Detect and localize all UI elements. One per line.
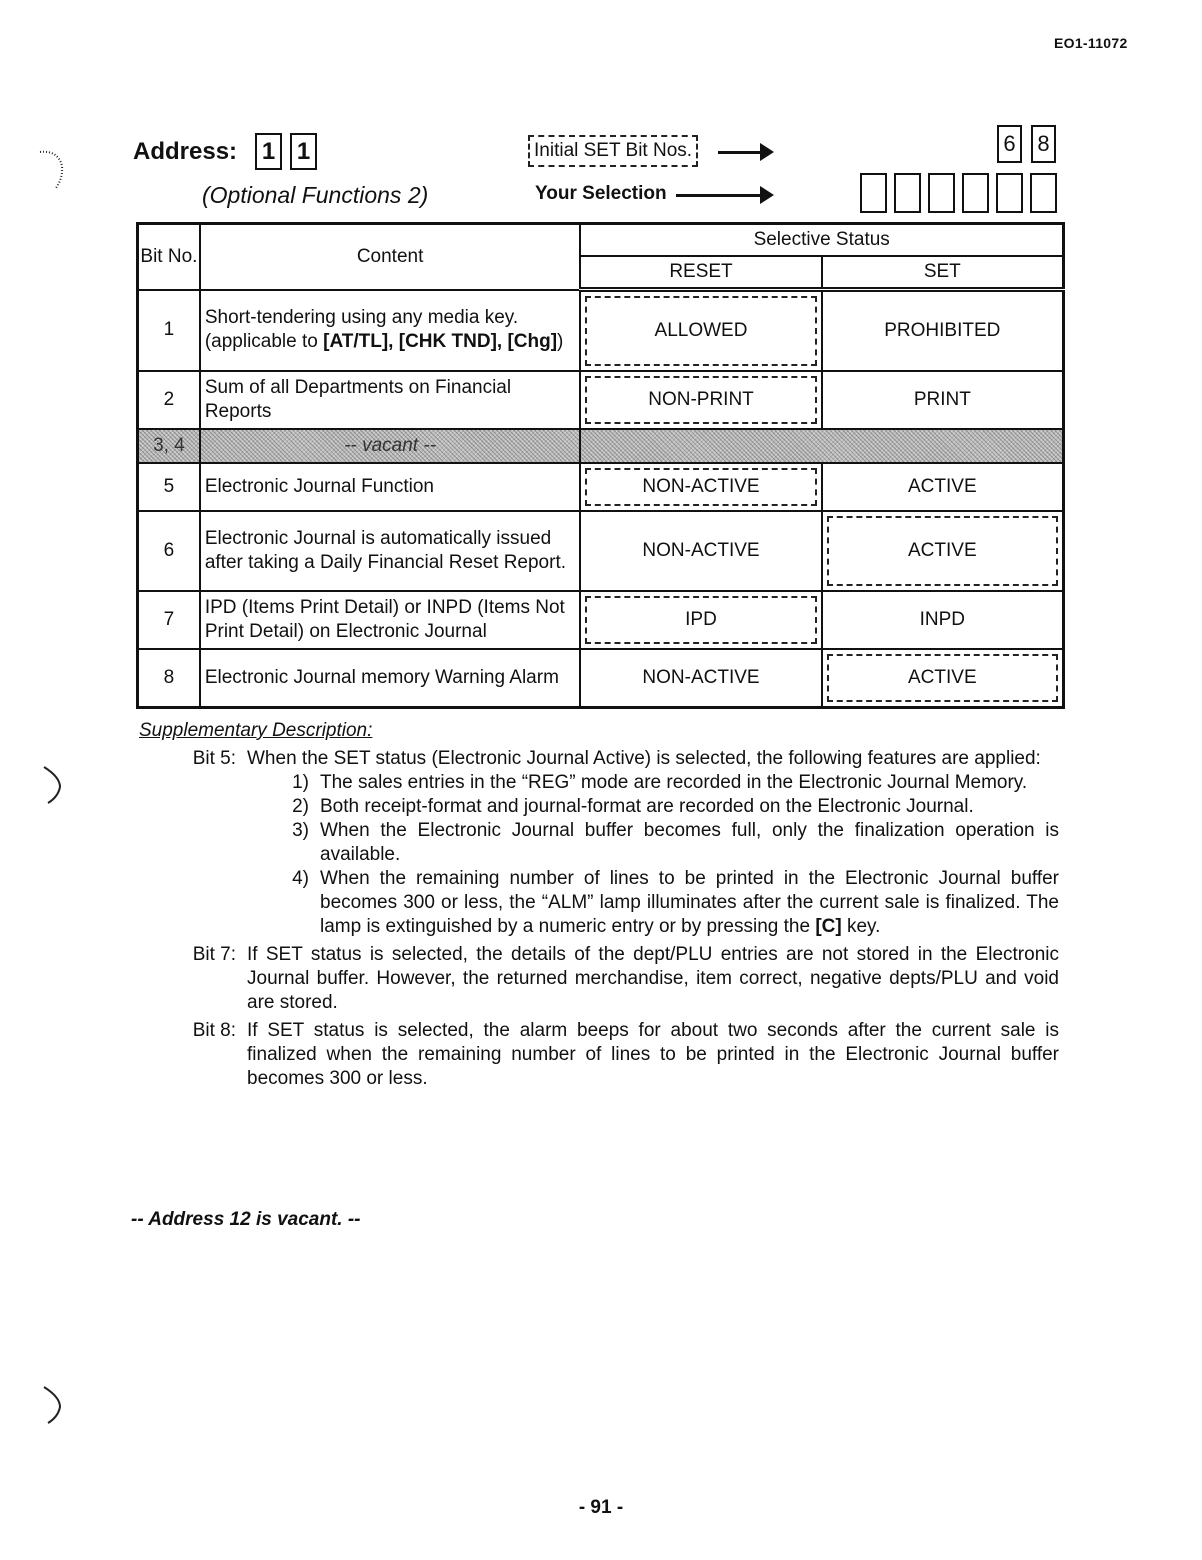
note-label: Bit 8: [139, 1019, 247, 1091]
arrow-right-icon [676, 194, 764, 197]
punch-hole-mark [36, 763, 66, 807]
table-row: 5Electronic Journal FunctionNON-ACTIVEAC… [138, 463, 1064, 511]
table-row: 8Electronic Journal memory Warning Alarm… [138, 649, 1064, 708]
initial-status-value: NON-ACTIVE [585, 468, 816, 506]
list-text: When the Electronic Journal buffer becom… [320, 820, 1059, 865]
status-set: ACTIVE [822, 511, 1064, 591]
selection-input-box[interactable] [996, 173, 1023, 213]
vacant-address-note: -- Address 12 is vacant. -- [131, 1209, 360, 1231]
status-reset: NON-PRINT [580, 371, 821, 429]
bit-number: 2 [138, 371, 200, 429]
initial-set-bit: 6 [997, 125, 1022, 163]
list-text: When the remaining number of lines to be… [320, 868, 1059, 937]
note-list-item: 1)The sales entries in the “REG” mode ar… [247, 771, 1059, 795]
selection-input-box[interactable] [928, 173, 955, 213]
status-set: PROHIBITED [822, 290, 1064, 372]
selection-input-box[interactable] [962, 173, 989, 213]
content-text: IPD (Items Print Detail) or INPD (Items … [205, 597, 565, 642]
header-content: Content [200, 224, 581, 290]
status-value: INPD [827, 596, 1058, 644]
status-value: NON-ACTIVE [585, 654, 816, 702]
selection-input-box[interactable] [894, 173, 921, 213]
initial-status-value: ACTIVE [827, 654, 1058, 702]
table-row: 2Sum of all Departments on Financial Rep… [138, 371, 1064, 429]
content-text: Electronic Journal is automatically issu… [205, 528, 566, 573]
status-set: ACTIVE [822, 463, 1064, 511]
punch-hole-mark [36, 148, 66, 192]
bit-settings-table: Bit No. Content Selective Status RESET S… [136, 222, 1065, 709]
status-reset: IPD [580, 591, 821, 649]
status-reset: NON-ACTIVE [580, 649, 821, 708]
status-value: NON-ACTIVE [585, 516, 816, 586]
bit-content: Sum of all Departments on Financial Repo… [200, 371, 581, 429]
list-number: 4) [247, 867, 320, 939]
supplementary-title: Supplementary Description: [139, 719, 1059, 743]
initial-set-bit: 8 [1031, 125, 1056, 163]
status-reset: NON-ACTIVE [580, 463, 821, 511]
note-text: If SET status is selected, the details o… [247, 943, 1059, 1015]
address-label: Address: [133, 138, 237, 166]
key-name: [C] [815, 916, 841, 937]
selection-input-box[interactable] [860, 173, 887, 213]
bit-number: 8 [138, 649, 200, 708]
note-list-item: 3)When the Electronic Journal buffer bec… [247, 819, 1059, 867]
list-number: 2) [247, 795, 320, 819]
list-number: 3) [247, 819, 320, 867]
status-value: PROHIBITED [827, 296, 1058, 366]
note-label: Bit 5: [139, 747, 247, 939]
content-text: -- vacant -- [344, 435, 436, 456]
header-set: SET [822, 256, 1064, 290]
key-name: [AT/TL], [CHK TND], [Chg] [323, 331, 557, 352]
bit-content: Electronic Journal Function [200, 463, 581, 511]
note-list-item: 4)When the remaining number of lines to … [247, 867, 1059, 939]
table-row: 7IPD (Items Print Detail) or INPD (Items… [138, 591, 1064, 649]
page-number: - 91 - [0, 1497, 1202, 1519]
supplementary-note: Bit 5:When the SET status (Electronic Jo… [139, 747, 1059, 939]
list-text: key. [842, 916, 881, 937]
bit-number: 7 [138, 591, 200, 649]
content-text: Electronic Journal memory Warning Alarm [205, 667, 559, 688]
status-reset: NON-ACTIVE [580, 511, 821, 591]
initial-status-value: ACTIVE [827, 516, 1058, 586]
supplementary-description: Supplementary Description: Bit 5:When th… [139, 719, 1059, 1091]
status-reset: ALLOWED [580, 290, 821, 372]
address-digit: 1 [290, 133, 317, 170]
list-text: The sales entries in the “REG” mode are … [320, 772, 1027, 793]
address-subtitle: (Optional Functions 2) [202, 182, 428, 209]
status-value: PRINT [827, 376, 1058, 424]
status-value: ACTIVE [827, 468, 1058, 506]
list-number: 1) [247, 771, 320, 795]
content-text: ) [557, 331, 563, 352]
table-row: 6Electronic Journal is automatically iss… [138, 511, 1064, 591]
initial-status-value: IPD [585, 596, 816, 644]
arrow-right-icon [718, 151, 764, 154]
content-text: Sum of all Departments on Financial Repo… [205, 377, 511, 422]
status-set: ACTIVE [822, 649, 1064, 708]
status-set: INPD [822, 591, 1064, 649]
status-set: PRINT [822, 371, 1064, 429]
document-id: EO1-11072 [1054, 35, 1128, 51]
header-bit-no: Bit No. [138, 224, 200, 290]
your-selection-label: Your Selection [535, 183, 667, 205]
note-text: If SET status is selected, the alarm bee… [247, 1019, 1059, 1091]
vacant-status [580, 429, 1063, 463]
address-digit: 1 [255, 133, 282, 170]
bit-number: 6 [138, 511, 200, 591]
bit-content: Electronic Journal memory Warning Alarm [200, 649, 581, 708]
bit-number: 5 [138, 463, 200, 511]
initial-status-value: NON-PRINT [585, 376, 816, 424]
table-row: 1Short-tendering using any media key. (a… [138, 290, 1064, 372]
supplementary-note: Bit 8:If SET status is selected, the ala… [139, 1019, 1059, 1091]
bit-content: Electronic Journal is automatically issu… [200, 511, 581, 591]
bit-content: -- vacant -- [200, 429, 581, 463]
bit-number: 1 [138, 290, 200, 372]
table-row: 3, 4-- vacant -- [138, 429, 1064, 463]
initial-set-label: Initial SET Bit Nos. [528, 135, 698, 167]
initial-status-value: ALLOWED [585, 296, 816, 366]
supplementary-note: Bit 7:If SET status is selected, the det… [139, 943, 1059, 1015]
list-text: Both receipt-format and journal-format a… [320, 796, 974, 817]
note-list-item: 2)Both receipt-format and journal-format… [247, 795, 1059, 819]
bit-content: IPD (Items Print Detail) or INPD (Items … [200, 591, 581, 649]
bit-number: 3, 4 [138, 429, 200, 463]
selection-input-box[interactable] [1030, 173, 1057, 213]
header-reset: RESET [580, 256, 821, 290]
content-text: Electronic Journal Function [205, 476, 434, 497]
bit-content: Short-tendering using any media key. (ap… [200, 290, 581, 372]
punch-hole-mark [36, 1383, 66, 1427]
header-selective-status: Selective Status [580, 224, 1063, 257]
note-label: Bit 7: [139, 943, 247, 1015]
note-text: When the SET status (Electronic Journal … [247, 747, 1059, 771]
